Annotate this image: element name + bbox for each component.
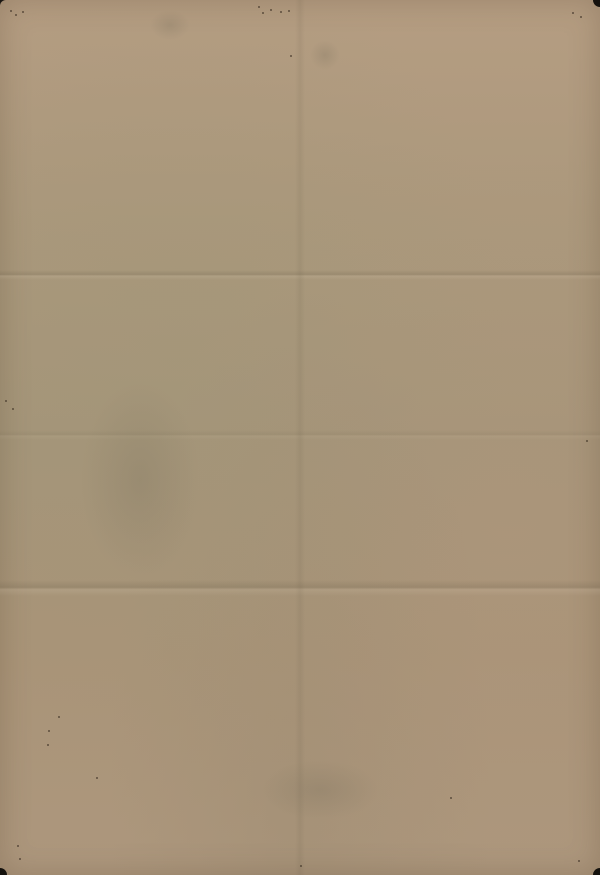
corner-shadow	[593, 0, 600, 7]
fold-line-vertical	[295, 0, 305, 875]
speck	[450, 797, 452, 799]
speck	[10, 10, 12, 12]
corner-shadow	[593, 868, 600, 875]
speck	[15, 14, 17, 16]
speck	[572, 12, 574, 14]
speck	[47, 744, 49, 746]
speck	[300, 865, 302, 867]
speck	[580, 16, 582, 18]
speck	[270, 9, 272, 11]
stain	[260, 760, 380, 820]
stain	[150, 10, 190, 40]
stain	[310, 40, 340, 70]
speck	[22, 11, 24, 13]
speck	[290, 55, 292, 57]
speck	[96, 777, 98, 779]
speck	[12, 408, 14, 410]
speck	[5, 400, 7, 402]
paper-sheet	[0, 0, 600, 875]
corner-shadow	[0, 868, 7, 875]
stain	[80, 380, 200, 580]
speck	[17, 845, 19, 847]
speck	[262, 12, 264, 14]
speck	[48, 730, 50, 732]
speck	[19, 858, 21, 860]
speck	[258, 6, 260, 8]
speck	[586, 440, 588, 442]
speck	[58, 716, 60, 718]
speck	[288, 10, 290, 12]
speck	[578, 860, 580, 862]
speck	[280, 11, 282, 13]
